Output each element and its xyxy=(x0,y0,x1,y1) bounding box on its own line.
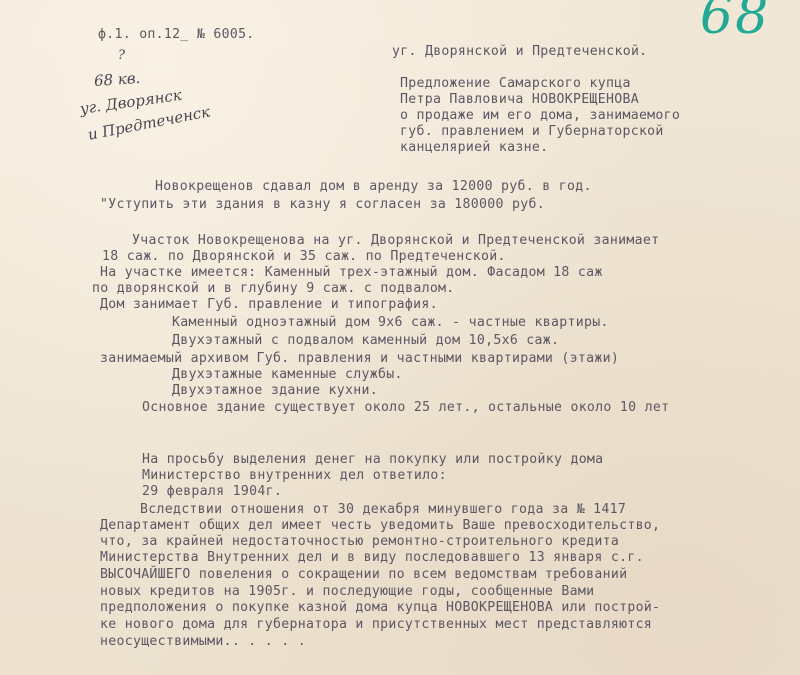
subject-line: Петра Павловича НОВОКРЕЩЕНОВА xyxy=(400,92,639,108)
description-line: Двухэтажные каменные службы. xyxy=(172,367,403,383)
description-line: Дом занимает Губ. правление и типография… xyxy=(100,297,438,313)
description-line: Основное здание существует около 25 лет.… xyxy=(142,400,669,416)
description-line: 18 саж. по Дворянской и 35 саж. по Предт… xyxy=(102,249,506,265)
intro-line: "Уступить эти здания в казну я согласен … xyxy=(100,197,545,213)
ministry-intro-line: На просьбу выделения денег на покупку ил… xyxy=(142,452,603,468)
description-line: Участок Новокрещенова на уг. Дворянской … xyxy=(132,233,659,249)
ministry-intro-line: Министерство внутренних дел ответило: xyxy=(142,468,447,484)
ministry-body-line: неосуществимыми.. . . . . xyxy=(100,634,306,650)
archive-reference: ф.1. оп.12_ № 6005. xyxy=(98,27,255,43)
address-heading: уг. Дворянской и Предтеченской. xyxy=(392,44,647,60)
ministry-body-line: ВЫСОЧАЙШЕГО повеления о сокращении по вс… xyxy=(100,567,627,583)
ministry-body-line: Вследствии отношения от 30 декабря минув… xyxy=(140,502,626,518)
archival-document-page: ф.1. оп.12_ № 6005. 68 ? 68 кв. уг. Двор… xyxy=(0,0,800,675)
subject-line: канцелярией казне. xyxy=(400,140,548,156)
ministry-body-line: что, за крайней недостаточностью ремонтн… xyxy=(100,534,619,550)
description-line: Каменный одноэтажный дом 9х6 саж. - част… xyxy=(172,315,609,331)
ministry-body-line: новых кредитов на 1905г. и последующие г… xyxy=(100,584,594,600)
description-line: Двухэтажное здание кухни. xyxy=(172,383,378,399)
ministry-body-line: Департамент общих дел имеет честь уведом… xyxy=(100,518,660,534)
subject-line: Предложение Самарского купца xyxy=(400,76,631,92)
handwritten-note-line-1: 68 кв. xyxy=(93,69,140,90)
subject-line: о продаже им его дома, занимаемого xyxy=(400,108,680,124)
description-line: занимаемый архивом Губ. правления и част… xyxy=(100,351,619,367)
description-line: по дворянской и в глубину 9 саж. с подва… xyxy=(92,281,455,297)
intro-line: Новокрещенов сдавал дом в аренду за 1200… xyxy=(155,179,592,195)
ministry-body-line: ке нового дома для губернатора и присутс… xyxy=(100,617,652,633)
ministry-body-line: Министерства Внутренних дел и в виду пос… xyxy=(100,550,644,566)
page-number-annotation: 68 xyxy=(700,0,770,46)
ministry-body-line: предположения о покупке казной дома купц… xyxy=(100,600,660,616)
ministry-reply-date: 29 февраля 1904г. xyxy=(142,484,282,500)
description-line: Двухэтажный с подвалом каменный дом 10,5… xyxy=(172,333,559,349)
handwritten-question-mark: ? xyxy=(118,48,125,63)
description-line: На участке имеется: Каменный трех-этажны… xyxy=(100,265,603,281)
subject-line: губ. правлением и Губернаторской xyxy=(400,124,664,140)
